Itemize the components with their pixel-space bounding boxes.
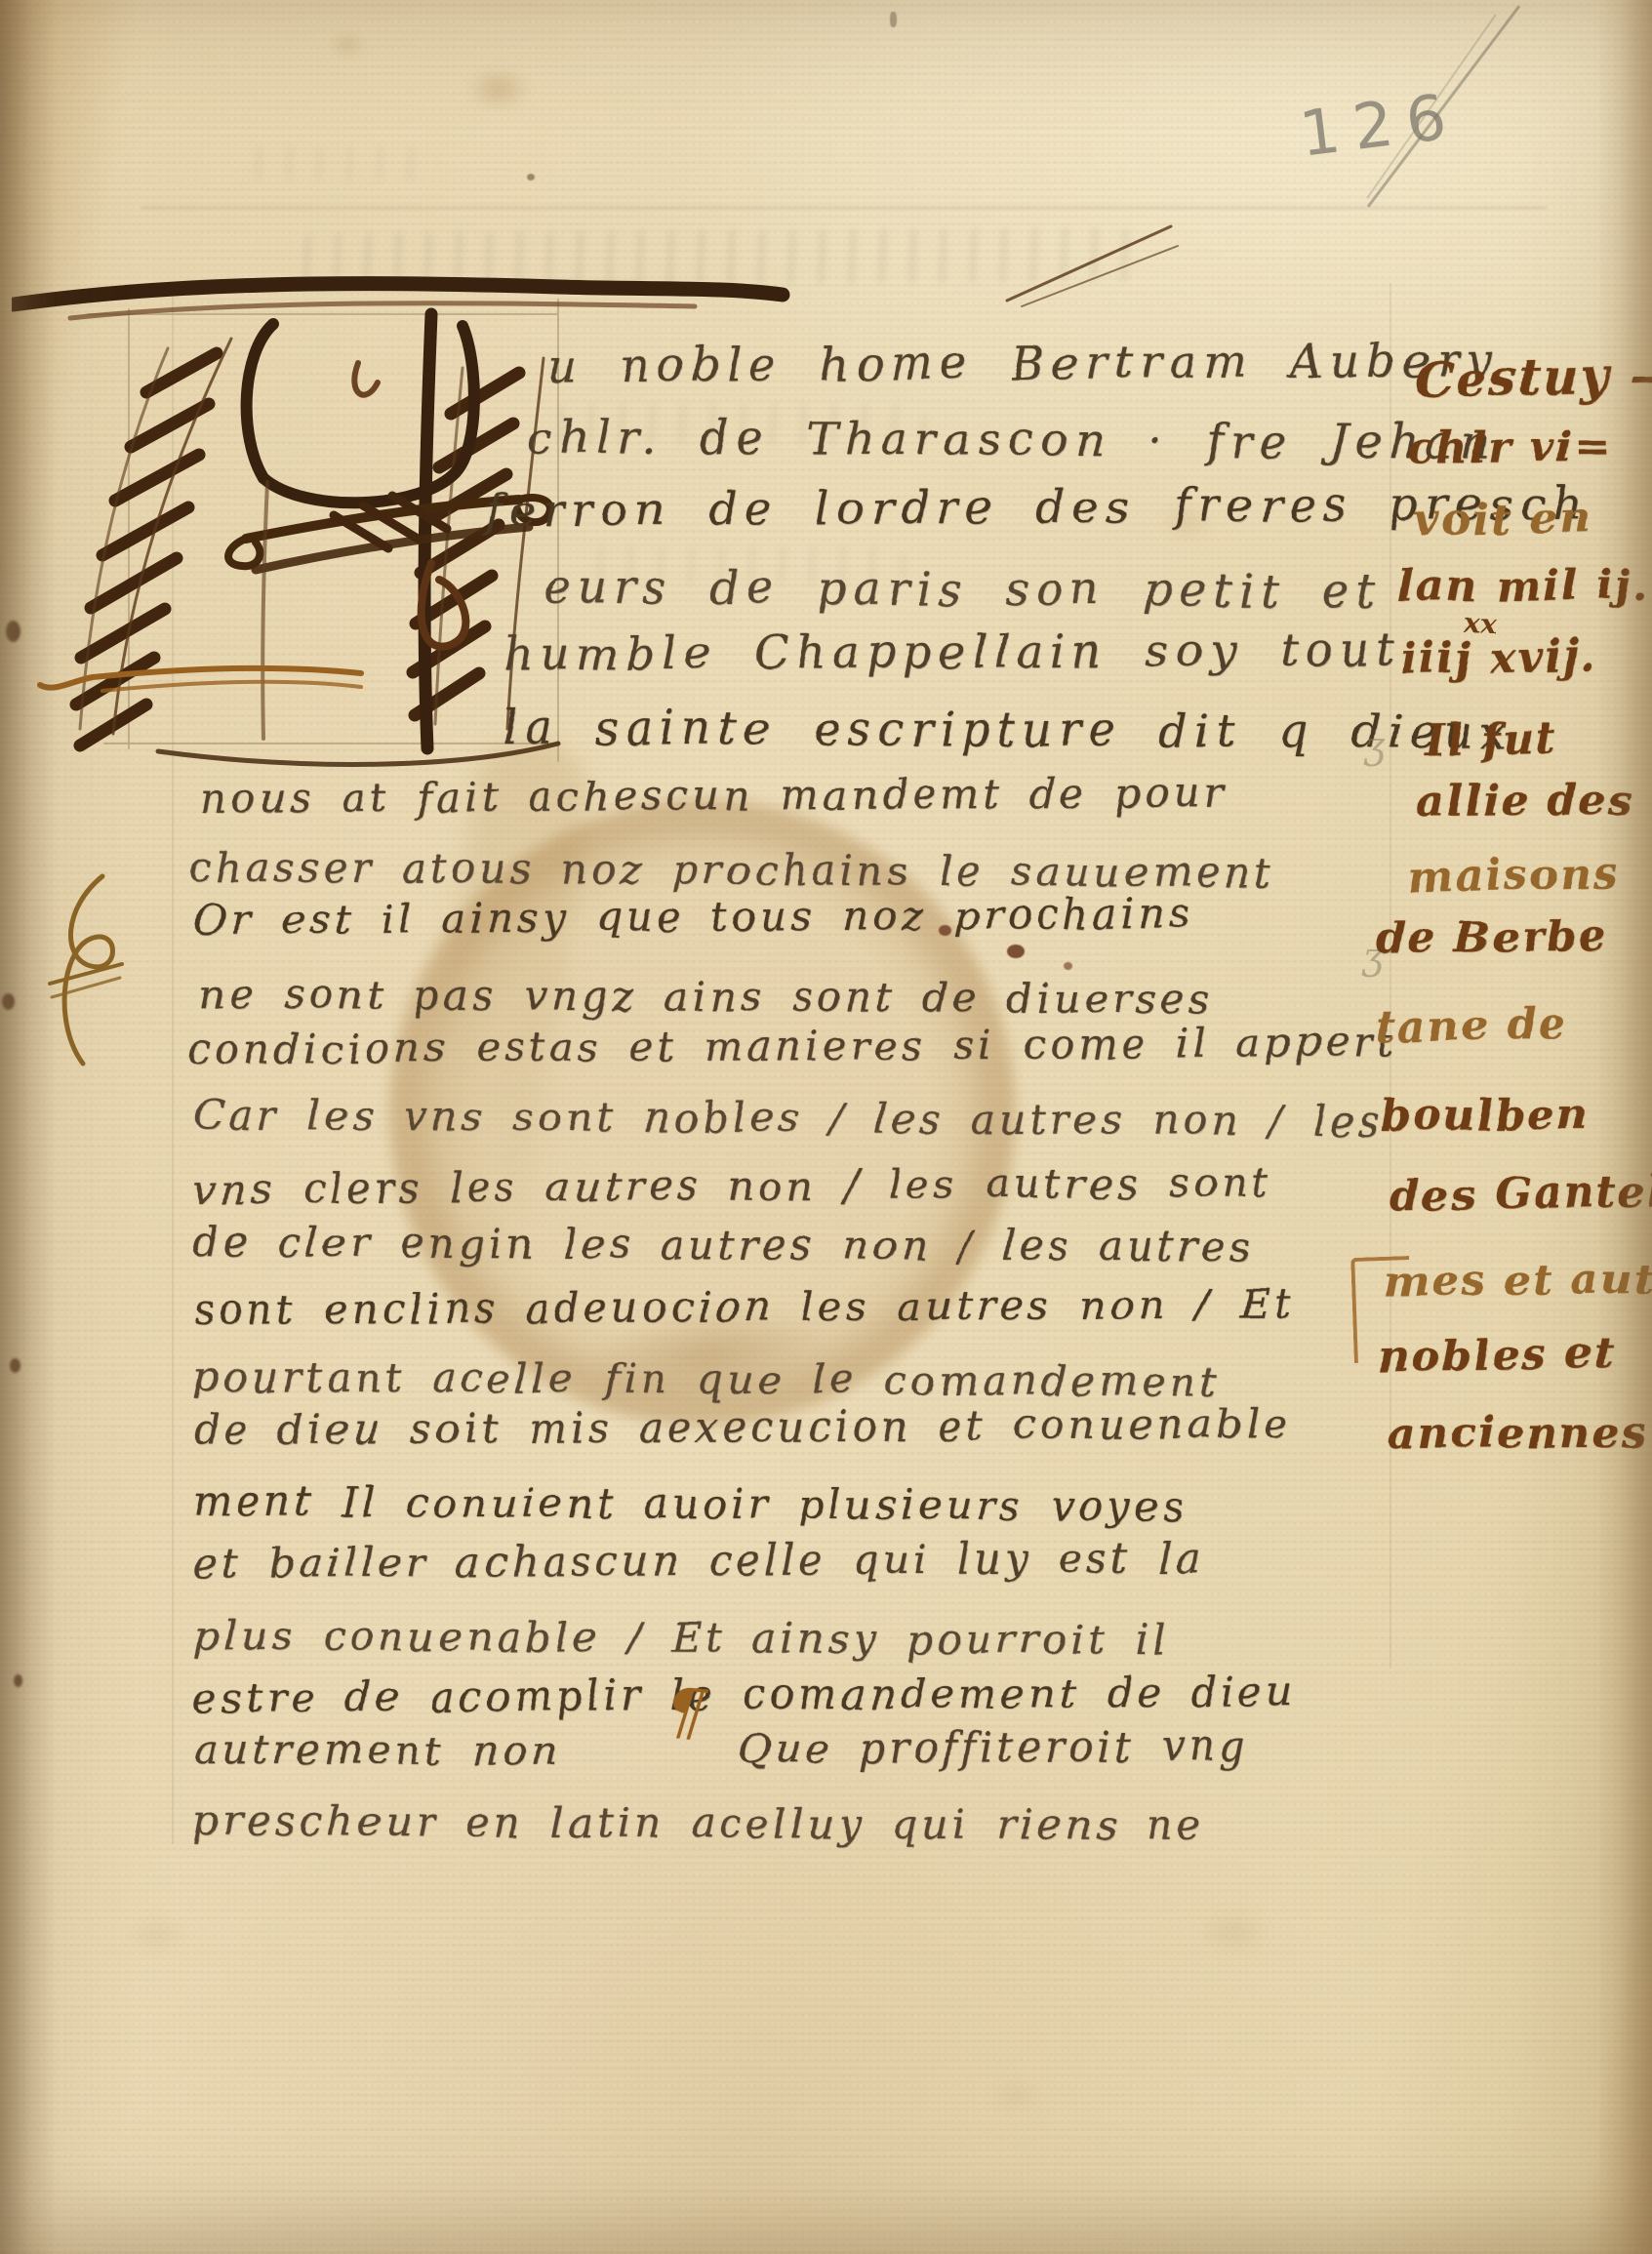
manuscript-page: 126 A — [0, 0, 1652, 2254]
margin-note-line: boulben — [1381, 1094, 1590, 1138]
margin-note-line: tane de — [1376, 1003, 1569, 1050]
margin-note-line: Il fut — [1425, 717, 1558, 763]
wormhole — [10, 1358, 20, 1373]
margin-notes: Cestuy — chlr vi= voit en lan mil ij. ii… — [0, 0, 1652, 2254]
ink-spot — [527, 174, 535, 181]
margin-note-line: iiij xvij. — [1401, 635, 1598, 682]
ink-spot — [939, 925, 951, 936]
binding-edge — [0, 0, 57, 2254]
margin-note-line: maisons — [1408, 852, 1621, 900]
wormhole — [6, 621, 20, 642]
margin-note-line: de Berbe — [1376, 916, 1607, 960]
margin-note-line: chlr vi= — [1408, 426, 1612, 470]
page-edge — [1597, 0, 1652, 2254]
wormhole — [14, 1674, 22, 1687]
margin-note-superscript: xx — [1464, 607, 1496, 639]
margin-note-line: voit en — [1415, 497, 1592, 543]
ink-spot — [890, 12, 897, 27]
wormhole — [2, 993, 15, 1010]
ink-spot — [1007, 945, 1025, 958]
margin-note-line: nobles et — [1378, 1332, 1616, 1380]
ink-spot — [1064, 962, 1072, 970]
